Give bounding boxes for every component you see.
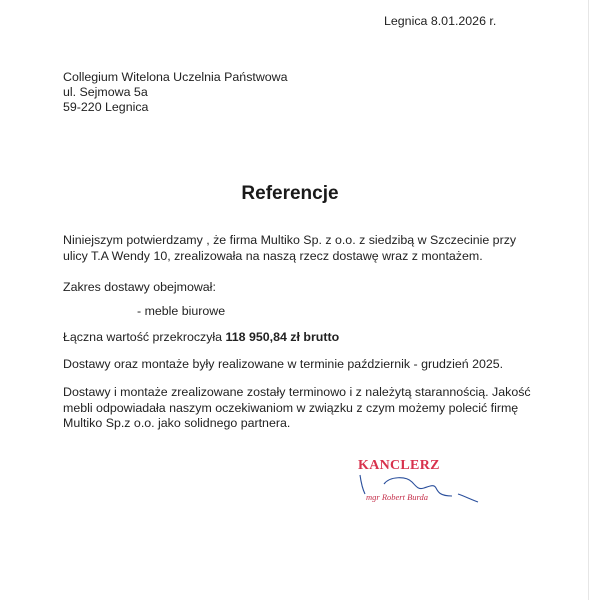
period-paragraph: Dostawy oraz montaże były realizowane w … [63,357,503,372]
recipient-address: Collegium Witelona Uczelnia Państwowa ul… [63,70,288,115]
closing-line: mebli odpowiadała naszym oczekiwaniom w … [63,401,531,417]
closing-paragraph: Dostawy i montaże zrealizowane zostały t… [63,385,531,432]
intro-line: ulicy T.A Wendy 10, zrealizowała na nasz… [63,249,516,265]
closing-line: Multiko Sp.z o.o. jako solidnego partner… [63,416,531,432]
recipient-line: Collegium Witelona Uczelnia Państwowa [63,70,288,85]
document-page: Legnica 8.01.2026 r. Collegium Witelona … [0,0,600,600]
document-title: Referencje [0,183,580,205]
intro-line: Niniejszym potwierdzamy , że firma Multi… [63,233,516,249]
page-edge-line [588,0,589,600]
stamp-name: mgr Robert Burda [366,492,428,502]
place-date: Legnica 8.01.2026 r. [384,14,496,29]
intro-paragraph: Niniejszym potwierdzamy , że firma Multi… [63,233,516,265]
scope-label: Zakres dostawy obejmował: [63,280,216,295]
recipient-line: 59-220 Legnica [63,100,288,115]
total-value: 118 950,84 zł brutto [226,330,340,344]
scope-item: - meble biurowe [137,304,225,319]
signature-stamp: KANCLERZ mgr Robert Burda [356,458,486,508]
recipient-line: ul. Sejmowa 5a [63,85,288,100]
closing-line: Dostawy i montaże zrealizowane zostały t… [63,385,531,401]
total-prefix: Łączna wartość przekroczyła [63,330,226,344]
total-value-line: Łączna wartość przekroczyła 118 950,84 z… [63,330,339,345]
